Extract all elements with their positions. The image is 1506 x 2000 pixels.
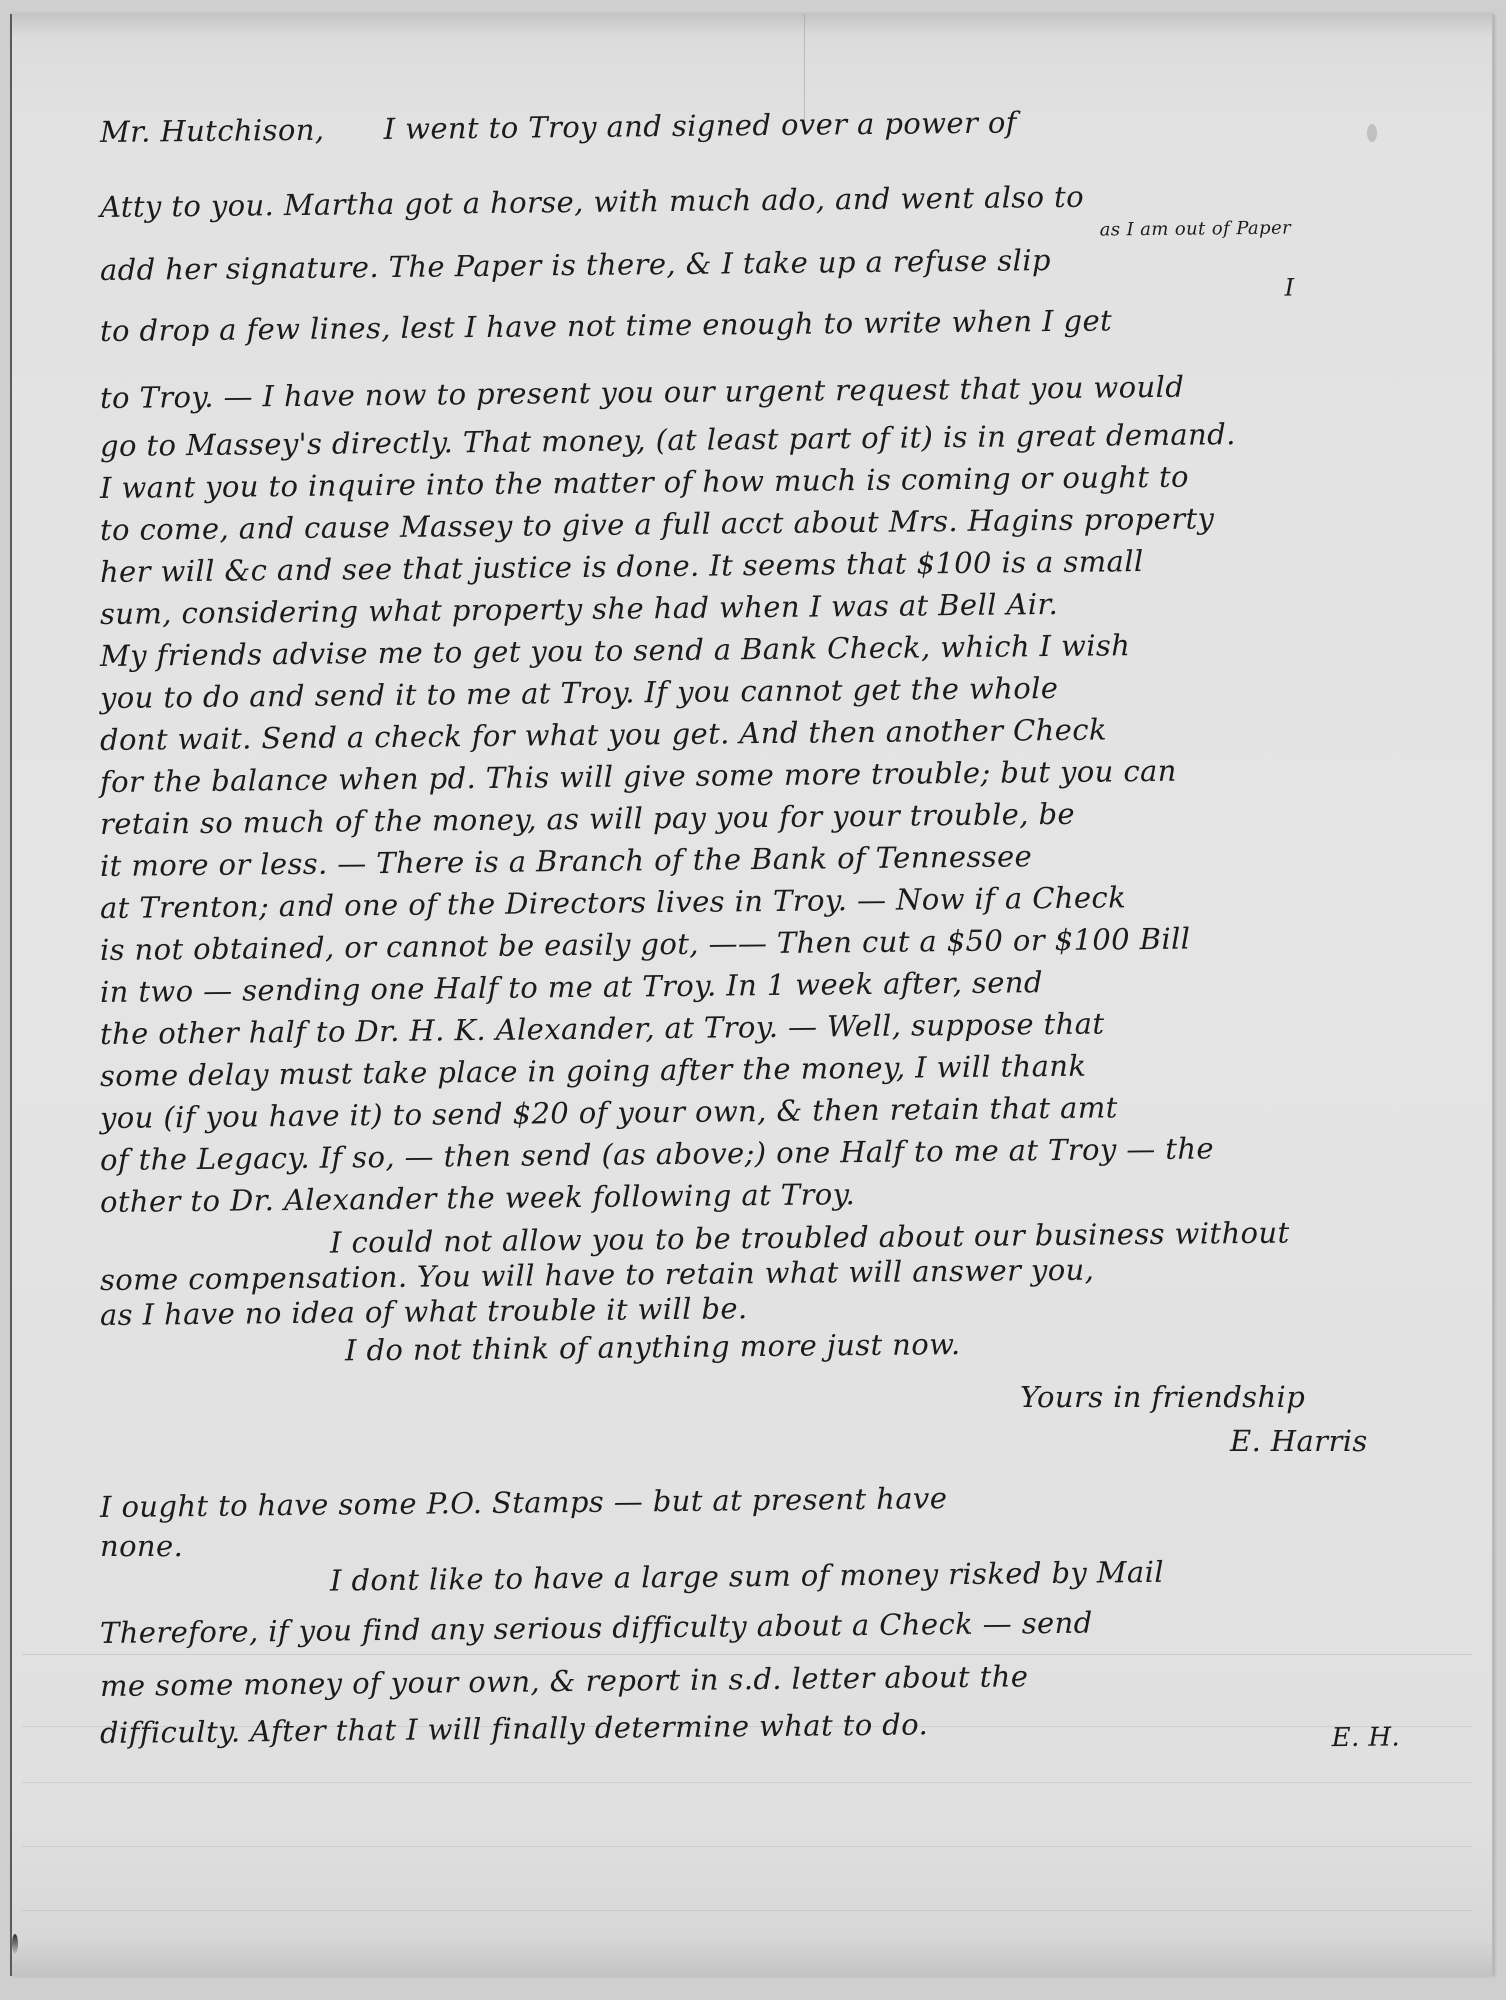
body-line: other to Dr. Alexander the week followin… xyxy=(100,1177,856,1219)
ruled-line xyxy=(22,1910,1472,1911)
letter-line-3: as I am out of Paper add her signature. … xyxy=(100,230,1460,297)
body-line: sum, considering what property she had w… xyxy=(100,587,1059,631)
body-line: to Troy. — I have now to present you our… xyxy=(100,370,1185,415)
signature: E. Harris xyxy=(1230,1424,1368,1458)
body-line: is not obtained, or cannot be easily got… xyxy=(100,922,1191,967)
letter-line-1: Mr. Hutchison, I went to Troy and signed… xyxy=(100,92,1460,159)
body-line: I do not think of anything more just now… xyxy=(345,1327,961,1367)
body-line: you to do and send it to me at Troy. If … xyxy=(100,671,1059,715)
body-line: you (if you have it) to send $20 of your… xyxy=(100,1090,1118,1135)
interlinear-insertion: I xyxy=(1285,278,1295,296)
torn-top-edge xyxy=(12,14,1492,38)
postscript-text: me some money of your own, & report in s… xyxy=(100,1659,1029,1703)
closing: Yours in friendship xyxy=(1020,1380,1305,1414)
closing-line: Yours in friendship xyxy=(100,1373,1460,1421)
salutation: Mr. Hutchison, xyxy=(100,113,325,149)
body-line: dont wait. Send a check for what you get… xyxy=(100,712,1107,757)
body-line: in two — sending one Half to me at Troy.… xyxy=(100,965,1043,1009)
body-line: I went to Troy and signed over a power o… xyxy=(384,105,1018,146)
body-line: Atty to you. Martha got a horse, with mu… xyxy=(100,180,1084,224)
postscript-text: difficulty. After that I will finally de… xyxy=(100,1707,928,1750)
torn-bottom-edge xyxy=(12,1936,1492,1976)
body-line: at Trenton; and one of the Directors liv… xyxy=(100,880,1126,925)
body-line: to drop a few lines, lest I have not tim… xyxy=(100,303,1112,348)
body-line: retain so much of the money, as will pay… xyxy=(100,797,1075,841)
signature-line: E. Harris xyxy=(100,1421,1460,1461)
body-line: for the balance when pd. This will give … xyxy=(100,754,1177,799)
postscript-text: I dont like to have a large sum of money… xyxy=(330,1555,1164,1598)
body-line: I want you to inquire into the matter of… xyxy=(100,460,1189,505)
body-line: as I have no idea of what trouble it wil… xyxy=(100,1291,748,1332)
letter-line-4: I to drop a few lines, lest I have not t… xyxy=(100,291,1460,358)
letter-page: Mr. Hutchison, I went to Troy and signed… xyxy=(10,14,1493,1976)
body-line: it more or less. — There is a Branch of … xyxy=(100,839,1033,883)
postscript-text: Therefore, if you find any serious diffi… xyxy=(100,1606,1093,1650)
postscript-text: none. xyxy=(100,1529,183,1563)
document-scan: Mr. Hutchison, I went to Troy and signed… xyxy=(0,0,1506,2000)
body-line: My friends advise me to get you to send … xyxy=(100,628,1131,673)
letter-body: Mr. Hutchison, I went to Troy and signed… xyxy=(100,106,1460,1755)
body-line: some delay must take place in going afte… xyxy=(100,1049,1087,1093)
postscript-initials: E. H. xyxy=(1331,1715,1400,1760)
postscript-text: I ought to have some P.O. Stamps — but a… xyxy=(100,1481,948,1524)
interlinear-insertion: as I am out of Paper xyxy=(1100,220,1292,240)
body-line: add her signature. The Paper is there, &… xyxy=(100,243,1051,287)
ruled-line xyxy=(22,1846,1472,1847)
body-line: her will &c and see that justice is done… xyxy=(100,544,1144,589)
body-line: the other half to Dr. H. K. Alexander, a… xyxy=(100,1006,1105,1051)
ruled-line xyxy=(22,1782,1472,1783)
